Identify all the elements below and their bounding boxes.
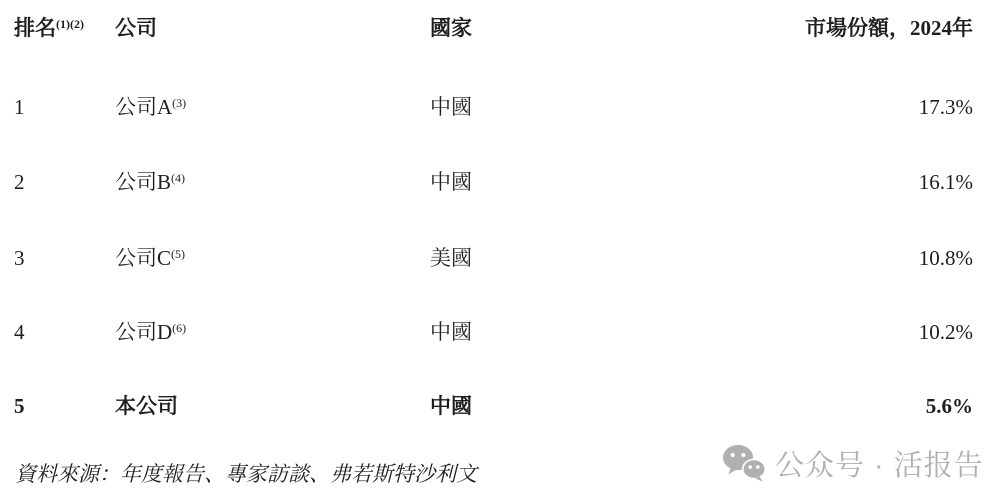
- cell-rank: 1: [14, 92, 25, 122]
- header-rank: 排名(1)(2): [14, 13, 84, 43]
- cell-share: 16.1%: [919, 167, 973, 197]
- cell-share: 10.8%: [919, 243, 973, 273]
- document-page: 排名(1)(2) 公司 國家 市場份額，2024年 1 公司A(3) 中國 17…: [0, 0, 1000, 504]
- watermark-text: 公众号 · 活报告: [775, 443, 984, 484]
- table-header-row: 排名(1)(2) 公司 國家 市場份額，2024年: [0, 13, 1000, 43]
- table-row: 3 公司C(5) 美國 10.8%: [0, 243, 1000, 273]
- cell-company-footnote: (4): [171, 171, 185, 185]
- cell-country: 中國: [430, 317, 472, 347]
- cell-country: 美國: [430, 243, 472, 273]
- cell-rank: 4: [14, 317, 25, 347]
- source-note: 資料來源：年度報告、專家訪談、弗若斯特沙利文: [15, 459, 477, 489]
- cell-company: 公司B(4): [115, 167, 185, 197]
- wechat-icon: [722, 444, 766, 482]
- table-row: 4 公司D(6) 中國 10.2%: [0, 317, 1000, 347]
- cell-share: 17.3%: [919, 92, 973, 122]
- cell-company: 本公司: [115, 391, 178, 421]
- cell-rank: 3: [14, 243, 25, 273]
- cell-company: 公司A(3): [115, 92, 186, 122]
- cell-company-footnote: (3): [172, 96, 186, 110]
- watermark: 公众号 · 活报告: [722, 443, 984, 483]
- table-row-own-company: 5 本公司 中國 5.6%: [0, 391, 1000, 421]
- table-row: 1 公司A(3) 中國 17.3%: [0, 92, 1000, 122]
- header-country: 國家: [430, 13, 472, 43]
- cell-country: 中國: [430, 167, 472, 197]
- header-company: 公司: [115, 13, 157, 43]
- table-row: 2 公司B(4) 中國 16.1%: [0, 167, 1000, 197]
- cell-country: 中國: [430, 92, 472, 122]
- header-rank-footnote: (1)(2): [56, 17, 84, 31]
- cell-company: 公司D(6): [115, 317, 186, 347]
- cell-share: 5.6%: [926, 391, 973, 421]
- cell-company-footnote: (5): [171, 247, 185, 261]
- cell-country: 中國: [430, 391, 472, 421]
- cell-rank: 5: [14, 391, 25, 421]
- cell-share: 10.2%: [919, 317, 973, 347]
- cell-company: 公司C(5): [115, 243, 185, 273]
- cell-company-footnote: (6): [172, 321, 186, 335]
- header-share: 市場份額，2024年: [805, 13, 973, 43]
- cell-rank: 2: [14, 167, 25, 197]
